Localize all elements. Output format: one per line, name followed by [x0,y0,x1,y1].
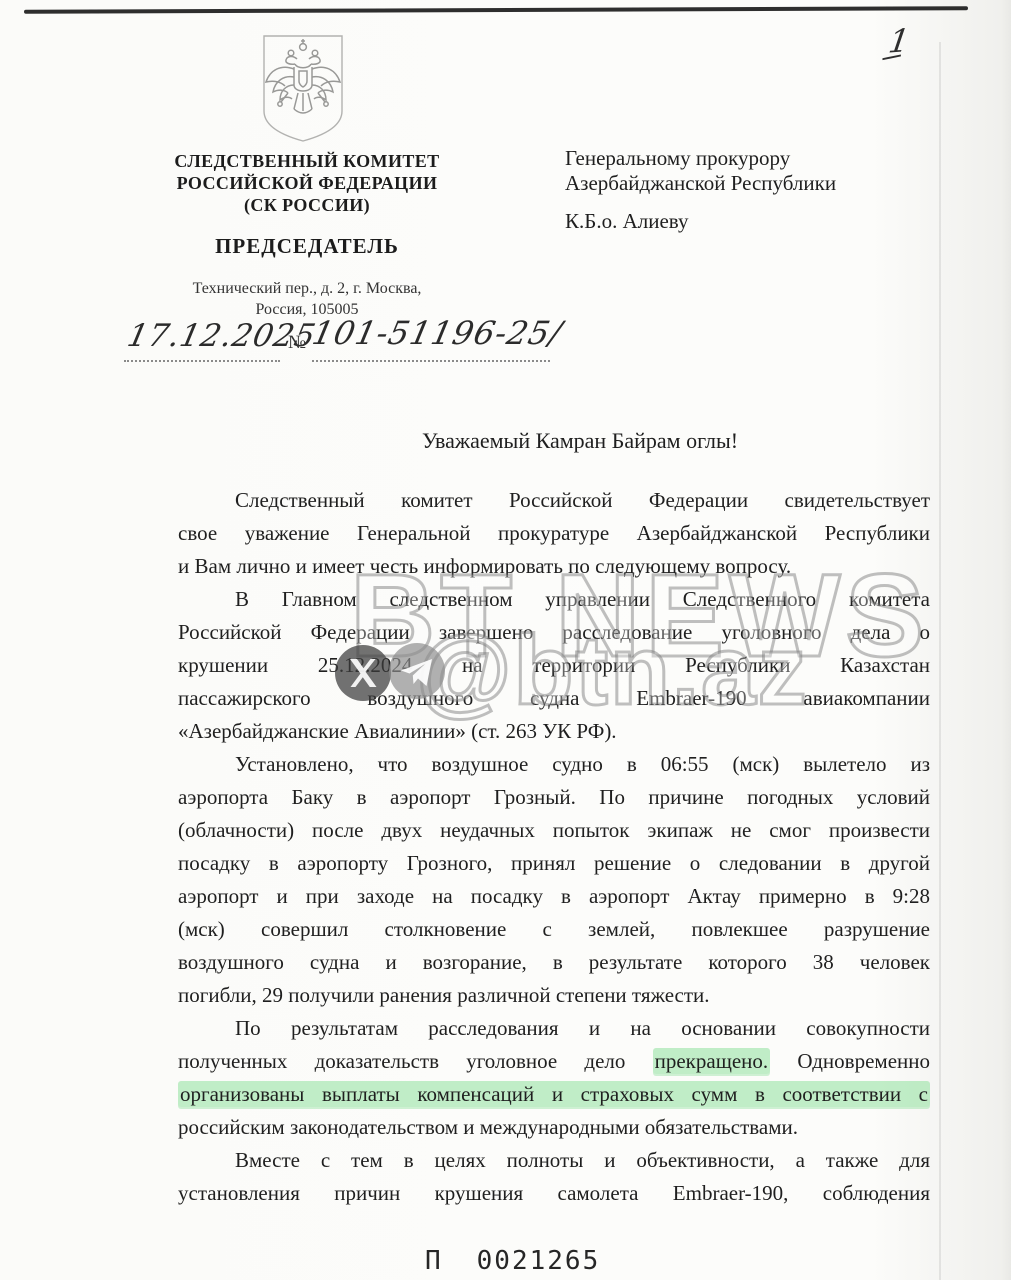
date-underline [124,360,280,362]
text-line: Следственный комитет Российской Федераци… [178,484,930,517]
text-segment: российским законодательством и междунаро… [178,1115,798,1139]
text-line: Вместе с тем в целях полноты и объективн… [178,1144,930,1177]
salutation: Уважаемый Камран Байрам оглы! [204,428,956,454]
text-segment: аэропорта Баку в аэропорт Грозный. По пр… [178,785,930,809]
org-name-line: РОССИЙСКОЙ ФЕДЕРАЦИИ [148,172,466,194]
recipient-line: Генеральному прокурору [565,146,836,171]
text-segment: пассажирского воздушного судна Embraer-1… [178,686,930,710]
handwritten-page-number: 1 [886,21,912,60]
scan-border-top [24,6,968,14]
highlighted-text: прекращено. [653,1048,771,1074]
text-line: и Вам лично и имеет честь информировать … [178,550,930,583]
text-segment: аэропорт и при заходе на посадку в аэроп… [178,884,930,908]
text-segment: крушении 25.12.2024 на территории Респуб… [178,653,930,677]
paragraph: Установлено, что воздушное судно в 06:55… [178,748,930,1012]
form-stamp: П0021265 [425,1246,600,1276]
text-line: организованы выплаты компенсаций и страх… [178,1078,930,1111]
form-stamp-number: 0021265 [477,1246,601,1276]
text-line: Российской Федерации завершено расследов… [178,616,930,649]
text-line: аэропорт и при заходе на посадку в аэроп… [178,880,930,913]
paragraph: Следственный комитет Российской Федераци… [178,484,930,583]
text-line: полученных доказательств уголовное дело … [178,1045,930,1078]
number-sign: № [288,332,306,354]
org-name-line: (СК РОССИИ) [148,194,466,216]
text-segment: В Главном следственном управлении Следст… [235,587,930,611]
text-line: По результатам расследования и на основа… [178,1012,930,1045]
text-segment: Следственный комитет Российской Федераци… [235,488,930,512]
text-segment: погибли, 29 получили ранения различной с… [178,983,710,1007]
text-line: В Главном следственном управлении Следст… [178,583,930,616]
text-segment: По результатам расследования и на основа… [235,1016,930,1040]
text-line: крушении 25.12.2024 на территории Респуб… [178,649,930,682]
recipient-block: Генеральному прокурору Азербайджанской Р… [565,146,836,234]
text-segment: полученных доказательств уголовное дело [178,1049,653,1073]
paragraph: Вместе с тем в целях полноты и объективн… [178,1144,930,1210]
text-segment: установления причин крушения самолета Em… [178,1181,930,1205]
text-line: (мск) совершил столкновение с землей, по… [178,913,930,946]
ref-number-underline [312,360,550,362]
form-stamp-letter: П [425,1246,443,1276]
highlighted-text: организованы выплаты компенсаций и страх… [178,1081,930,1107]
org-name: СЛЕДСТВЕННЫЙ КОМИТЕТ РОССИЙСКОЙ ФЕДЕРАЦИ… [148,150,466,216]
text-line: воздушного судна и возгорание, в результ… [178,946,930,979]
text-segment: Установлено, что воздушное судно в 06:55… [235,752,930,776]
text-line: (облачности) после двух неудачных попыто… [178,814,930,847]
text-line: погибли, 29 получили ранения различной с… [178,979,930,1012]
org-address-line: Технический пер., д. 2, г. Москва, [148,278,466,299]
org-name-line: СЛЕДСТВЕННЫЙ КОМИТЕТ [148,150,466,172]
scanned-letter-page: 1 [0,0,1011,1280]
scan-edge-line [939,42,941,1280]
text-segment: посадку в аэропорту Грозного, принял реш… [178,851,930,875]
sender-title: ПРЕДСЕДАТЕЛЬ [148,234,466,259]
text-line: установления причин крушения самолета Em… [178,1177,930,1210]
text-line: аэропорта Баку в аэропорт Грозный. По пр… [178,781,930,814]
russia-coat-of-arms-icon [257,33,349,145]
text-line: Установлено, что воздушное судно в 06:55… [178,748,930,781]
paragraph: По результатам расследования и на основа… [178,1012,930,1144]
text-line: российским законодательством и междунаро… [178,1111,930,1144]
text-segment: свое уважение Генеральной прокуратуре Аз… [178,521,930,545]
text-line: свое уважение Генеральной прокуратуре Аз… [178,517,930,550]
text-segment: Вместе с тем в целях полноты и объективн… [235,1148,930,1172]
letter-body: Следственный комитет Российской Федераци… [178,484,930,1210]
text-line: «Азербайджанские Авиалинии» (ст. 263 УК … [178,715,930,748]
text-line: пассажирского воздушного судна Embraer-1… [178,682,930,715]
recipient-name: К.Б.о. Алиеву [565,209,836,234]
paragraph: В Главном следственном управлении Следст… [178,583,930,748]
text-segment: «Азербайджанские Авиалинии» (ст. 263 УК … [178,719,617,743]
text-segment: и Вам лично и имеет честь информировать … [178,554,791,578]
text-segment: (облачности) после двух неудачных попыто… [178,818,930,842]
text-segment: Российской Федерации завершено расследов… [178,620,930,644]
text-segment: воздушного судна и возгорание, в результ… [178,950,930,974]
recipient-line: Азербайджанской Республики [565,171,836,196]
text-segment: (мск) совершил столкновение с землей, по… [178,917,930,941]
handwritten-ref-number: 101-51196-25/ [309,314,566,352]
ref-line: 17.12.2025 № 101-51196-25/ [120,314,580,370]
text-line: посадку в аэропорту Грозного, принял реш… [178,847,930,880]
text-segment: Одновременно [770,1049,930,1073]
